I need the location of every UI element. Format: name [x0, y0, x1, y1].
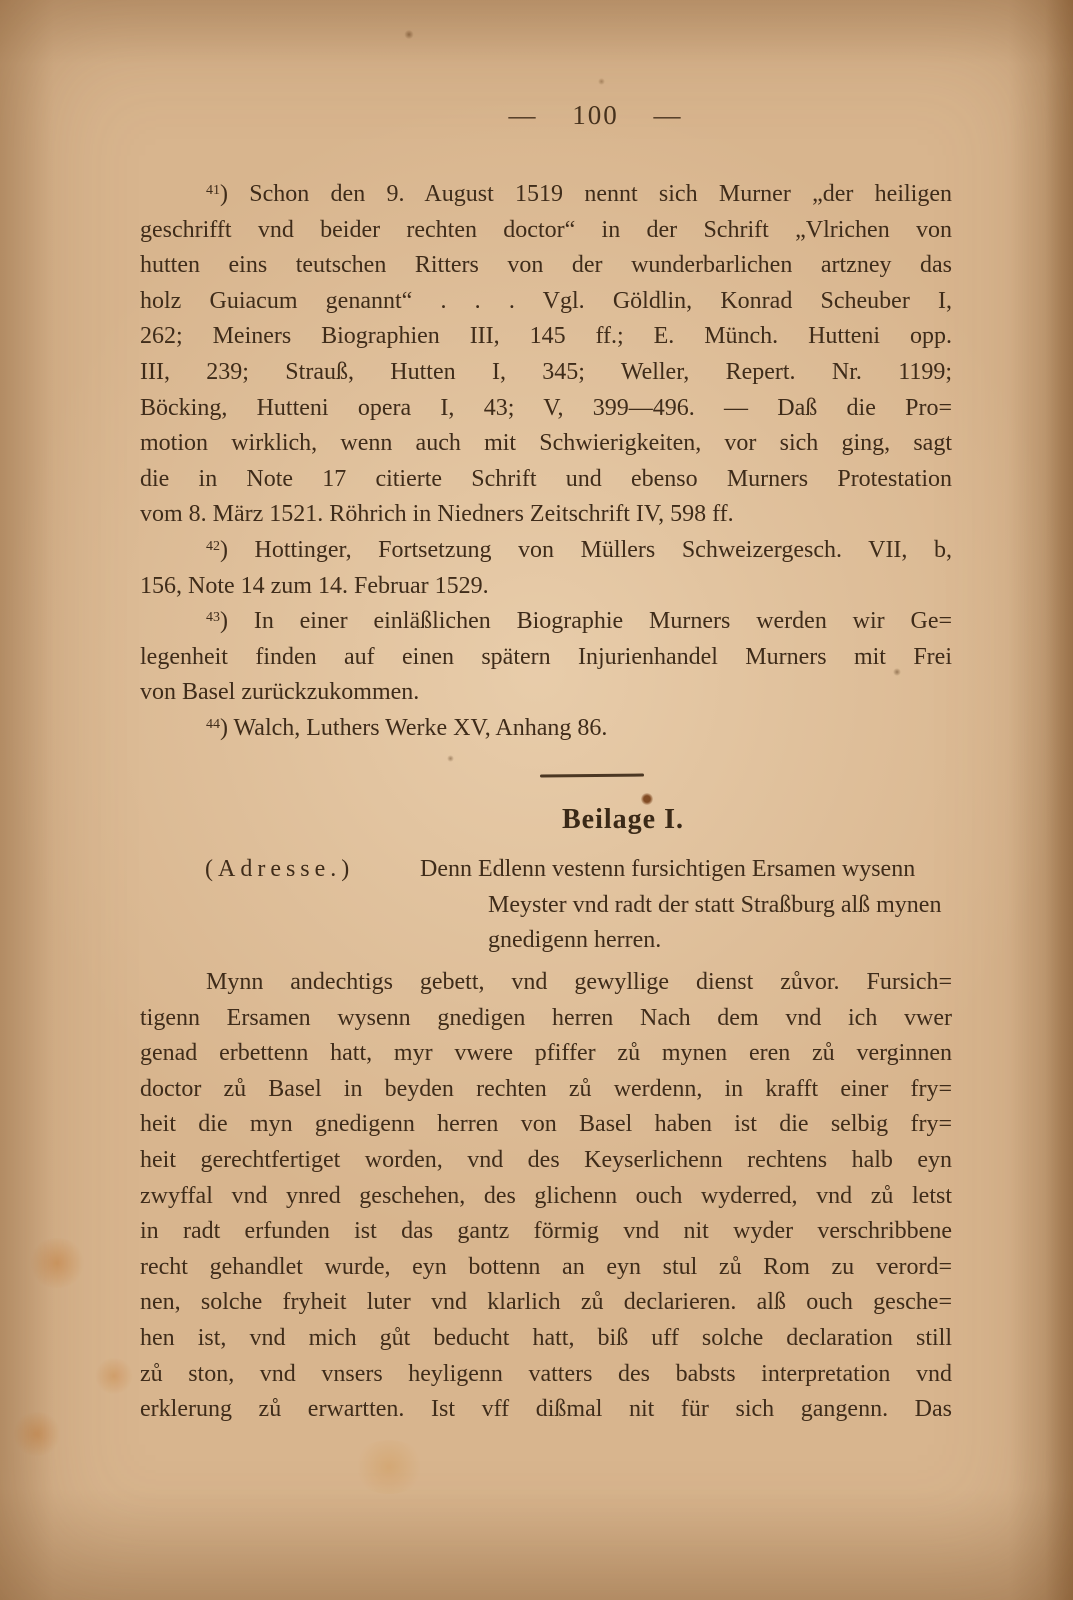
- text-line: zwyffal vnd ynred geschehen, des glichen…: [140, 1179, 952, 1215]
- address-label: (Adresse.): [205, 852, 354, 888]
- text-line: vom 8. März 1521. Röhrich in Niedners Ze…: [140, 497, 952, 533]
- text-line: zů ston, vnd vnsers heyligenn vatters de…: [140, 1357, 952, 1393]
- text-line: heit gerechtfertiget worden, vnd des Key…: [140, 1143, 952, 1179]
- text-line: 43) In einer einläßlichen Biographie Mur…: [140, 604, 952, 640]
- paper-stain: [352, 1440, 426, 1494]
- footnote-marker: 42: [206, 539, 220, 554]
- text-line: legenheit finden auf einen spätern Injur…: [140, 640, 952, 676]
- text-line: tigenn Ersamen wysenn gnedigen herren Na…: [140, 1001, 952, 1037]
- address-block: Denn Edlenn vestenn fursichtigen Ersamen…: [420, 852, 968, 959]
- text-line: 41) Schon den 9. August 1519 nennt sich …: [140, 177, 952, 213]
- text-line: 262; Meiners Biographien III, 145 ff.; E…: [140, 319, 952, 355]
- footnote-43: 43) In einer einläßlichen Biographie Mur…: [140, 604, 952, 711]
- book-page: — 100 — 41) Schon den 9. August 1519 nen…: [0, 0, 1073, 1600]
- text-line: hen ist, vnd mich gůt beducht hatt, biß …: [140, 1321, 952, 1357]
- footnote-44: 44) Walch, Luthers Werke XV, Anhang 86.: [140, 711, 952, 747]
- text-line: 156, Note 14 zum 14. Februar 1529.: [140, 569, 952, 605]
- text-line: hutten eins teutschen Ritters von der wu…: [140, 248, 952, 284]
- footnote-marker: 41: [206, 183, 220, 198]
- paper-speck: [598, 78, 605, 85]
- paper-speck: [404, 30, 414, 39]
- letter-body: Mynn andechtigs gebett, vnd gewyllige di…: [140, 965, 952, 1428]
- text-line: doctor zů Basel in beyden rechten zů wer…: [140, 1072, 952, 1108]
- text-line: Denn Edlenn vestenn fursichtigen Ersamen…: [420, 852, 968, 888]
- footnote-42: 42) Hottinger, Fortsetzung von Müllers S…: [140, 533, 952, 604]
- text-line: in radt erfunden ist das gantz förmig vn…: [140, 1214, 952, 1250]
- text-line: Meyster vnd radt der statt Straßburg alß…: [420, 888, 968, 924]
- text-line: III, 239; Strauß, Hutten I, 345; Weller,…: [140, 355, 952, 391]
- footnote-41: 41) Schon den 9. August 1519 nennt sich …: [140, 177, 952, 533]
- paper-speck: [447, 755, 454, 762]
- text-line: 42) Hottinger, Fortsetzung von Müllers S…: [140, 533, 952, 569]
- text-line: geschrifft vnd beider rechten doctor“ in…: [140, 213, 952, 249]
- paper-stain: [94, 1358, 134, 1394]
- paper-stain: [28, 1238, 86, 1288]
- text-line: heit die myn gnedigenn herren von Basel …: [140, 1107, 952, 1143]
- text-line: Mynn andechtigs gebett, vnd gewyllige di…: [140, 965, 952, 1001]
- text-line: von Basel zurückzukommen.: [140, 675, 952, 711]
- text-line: gnedigenn herren.: [420, 923, 968, 959]
- footnotes-section: 41) Schon den 9. August 1519 nennt sich …: [140, 177, 952, 747]
- footnote-marker: 43: [206, 610, 220, 625]
- text-line: nen, solche fryheit luter vnd klarlich z…: [140, 1285, 952, 1321]
- page-number: — 100 —: [0, 100, 1073, 131]
- appendix-heading: Beilage I.: [140, 804, 952, 836]
- text-line: holz Guiacum genannt“ . . . Vgl. Göldlin…: [140, 284, 952, 320]
- text-line: genad erbettenn hatt, myr vwere pfiffer …: [140, 1036, 952, 1072]
- text-line: recht gehandlet wurde, eyn bottenn an ey…: [140, 1250, 952, 1286]
- text-line: die in Note 17 citierte Schrift und eben…: [140, 462, 952, 498]
- page-edge-shadow: [1045, 0, 1073, 1600]
- section-divider-rule: [540, 774, 644, 778]
- text-line: Böcking, Hutteni opera I, 43; V, 399—496…: [140, 391, 952, 427]
- text-line: erklerung zů erwartten. Ist vff dißmal n…: [140, 1392, 952, 1428]
- text-line: motion wirklich, wenn auch mit Schwierig…: [140, 426, 952, 462]
- text-line: 44) Walch, Luthers Werke XV, Anhang 86.: [140, 711, 952, 747]
- paper-stain: [12, 1412, 62, 1456]
- footnote-marker: 44: [206, 717, 220, 732]
